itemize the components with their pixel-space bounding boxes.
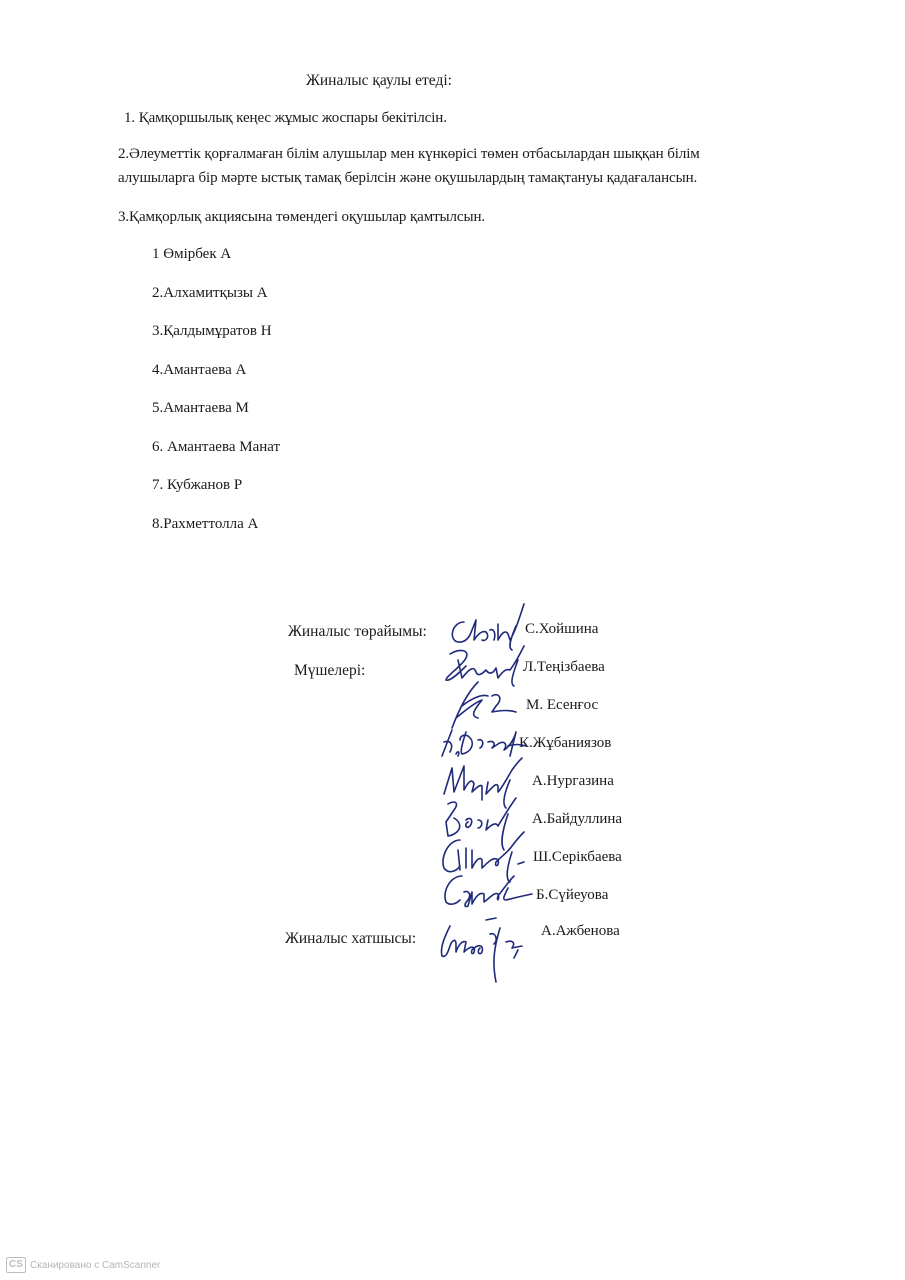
camscanner-logo-icon: CS (6, 1257, 26, 1273)
member-name: Б.Сүйеуова (536, 887, 608, 904)
resolution-1: 1. Қамқоршылық кеңес жұмыс жоспары бекіт… (124, 110, 447, 127)
student-item: 2.Алхамитқызы А (152, 285, 280, 324)
secretary-signature (434, 912, 534, 982)
chair-label: Жиналыс төрайымы: (288, 623, 427, 641)
scanner-watermark: CS Сканировано с CamScanner (6, 1257, 160, 1273)
chair-name: С.Хойшина (525, 621, 598, 638)
secretary-label: Жиналыс хатшысы: (285, 930, 416, 948)
resolution-2-line-2: алушыларга бір мәрте ыстық тамақ берілсі… (118, 170, 697, 187)
student-item: 6. Амантаева Манат (152, 439, 280, 478)
member-name: М. Есенғос (526, 697, 598, 714)
members-label: Мүшелері: (294, 662, 365, 680)
student-item: 8.Рахметтолла А (152, 516, 280, 555)
resolution-heading: Жиналыс қаулы етеді: (306, 72, 452, 90)
member-name: Ш.Серікбаева (533, 849, 622, 866)
resolution-3: 3.Қамқорлық акциясына төмендегі оқушылар… (118, 209, 485, 226)
student-item: 1 Өмірбек А (152, 246, 280, 285)
resolution-2-line-1: 2.Әлеуметтік қорғалмаған білім алушылар … (118, 146, 700, 163)
student-list: 1 Өмірбек А 2.Алхамитқызы А 3.Қалдымұрат… (152, 246, 280, 554)
member-name: А.Нургазина (532, 773, 614, 790)
student-item: 7. Кубжанов Р (152, 477, 280, 516)
member-name: К.Жұбаниязов (519, 735, 611, 752)
secretary-name: А.Ажбенова (541, 923, 620, 940)
student-item: 3.Қалдымұратов Н (152, 323, 280, 362)
member-name: Л.Теңізбаева (523, 659, 605, 676)
member-name: А.Байдуллина (532, 811, 622, 828)
watermark-text: Сканировано с CamScanner (30, 1260, 160, 1271)
student-item: 4.Амантаева А (152, 362, 280, 401)
member-signature (440, 870, 536, 910)
student-item: 5.Амантаева М (152, 400, 280, 439)
